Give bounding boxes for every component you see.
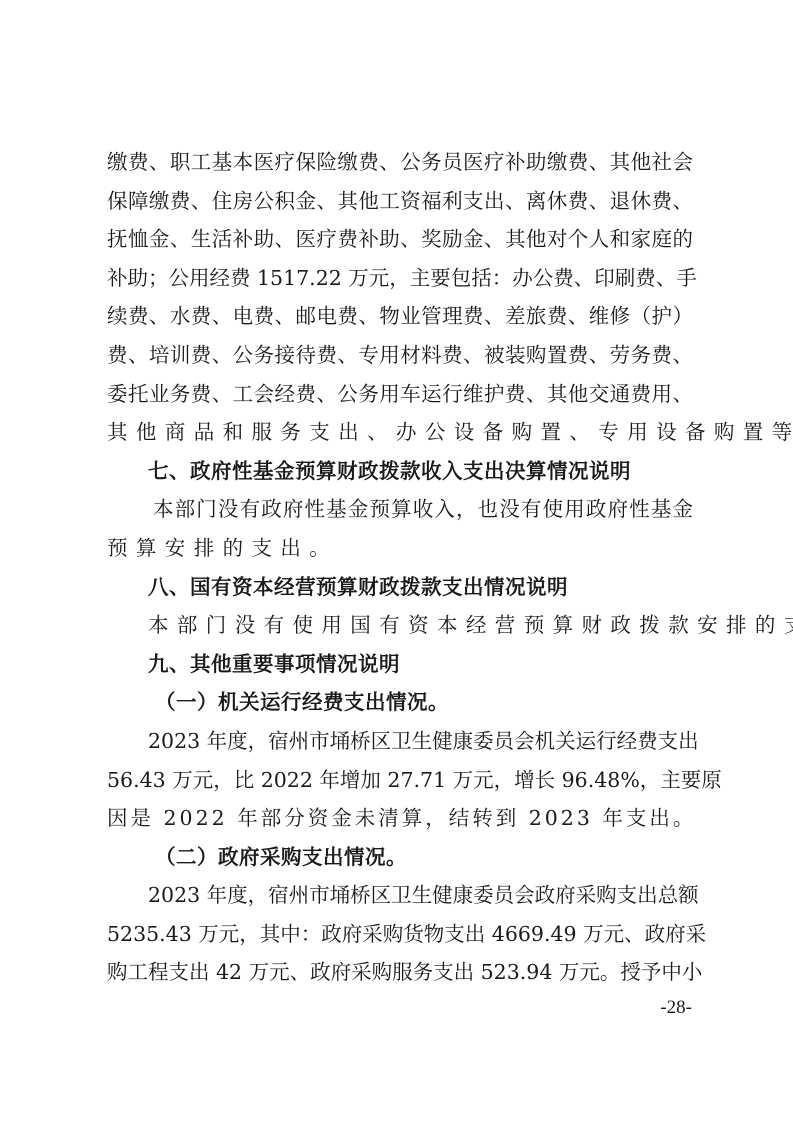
body-text-line: 因是 2022 年部分资金未清算，结转到 2023 年支出。 bbox=[107, 799, 693, 838]
body-text-line: 本部门没有政府性基金预算收入，也没有使用政府性基金 bbox=[107, 490, 693, 529]
body-text-line: 预算安排的支出。 bbox=[107, 529, 693, 568]
body-text-line: 5235.43 万元，其中：政府采购货物支出 4669.49 万元、政府采 bbox=[107, 915, 693, 954]
subsection-heading-1: （一）机关运行经费支出情况。 bbox=[107, 683, 693, 722]
body-text-line: 补助；公用经费 1517.22 万元，主要包括：办公费、印刷费、手 bbox=[107, 259, 693, 298]
body-text-line: 抚恤金、生活补助、医疗费补助、奖励金、其他对个人和家庭的 bbox=[107, 220, 693, 259]
body-text-line: 其他商品和服务支出、办公设备购置、专用设备购置等。 bbox=[107, 413, 693, 452]
body-text-line: 委托业务费、工会经费、公务用车运行维护费、其他交通费用、 bbox=[107, 375, 693, 414]
subsection-heading-2: （二）政府采购支出情况。 bbox=[107, 838, 693, 877]
document-page: 缴费、职工基本医疗保险缴费、公务员医疗补助缴费、其他社会 保障缴费、住房公积金、… bbox=[107, 143, 693, 992]
section-heading-7: 七、政府性基金预算财政拨款收入支出决算情况说明 bbox=[107, 452, 693, 491]
body-text-line: 2023 年度，宿州市埇桥区卫生健康委员会政府采购支出总额 bbox=[107, 876, 693, 915]
body-text-line: 续费、水费、电费、邮电费、物业管理费、差旅费、维修（护） bbox=[107, 297, 693, 336]
section-heading-8: 八、国有资本经营预算财政拨款支出情况说明 bbox=[107, 568, 693, 607]
body-text-line: 费、培训费、公务接待费、专用材料费、被装购置费、劳务费、 bbox=[107, 336, 693, 375]
page-number: -28- bbox=[660, 997, 692, 1019]
section-heading-9: 九、其他重要事项情况说明 bbox=[107, 645, 693, 684]
body-text-line: 2023 年度，宿州市埇桥区卫生健康委员会机关运行经费支出 bbox=[107, 722, 693, 761]
body-text-line: 缴费、职工基本医疗保险缴费、公务员医疗补助缴费、其他社会 bbox=[107, 143, 693, 182]
body-text-line: 保障缴费、住房公积金、其他工资福利支出、离休费、退休费、 bbox=[107, 182, 693, 221]
body-text-line: 购工程支出 42 万元、政府采购服务支出 523.94 万元。授予中小 bbox=[107, 953, 693, 992]
body-text-line: 本部门没有使用国有资本经营预算财政拨款安排的支出。 bbox=[107, 606, 693, 645]
body-text-line: 56.43 万元，比 2022 年增加 27.71 万元，增长 96.48%，主… bbox=[107, 761, 693, 800]
